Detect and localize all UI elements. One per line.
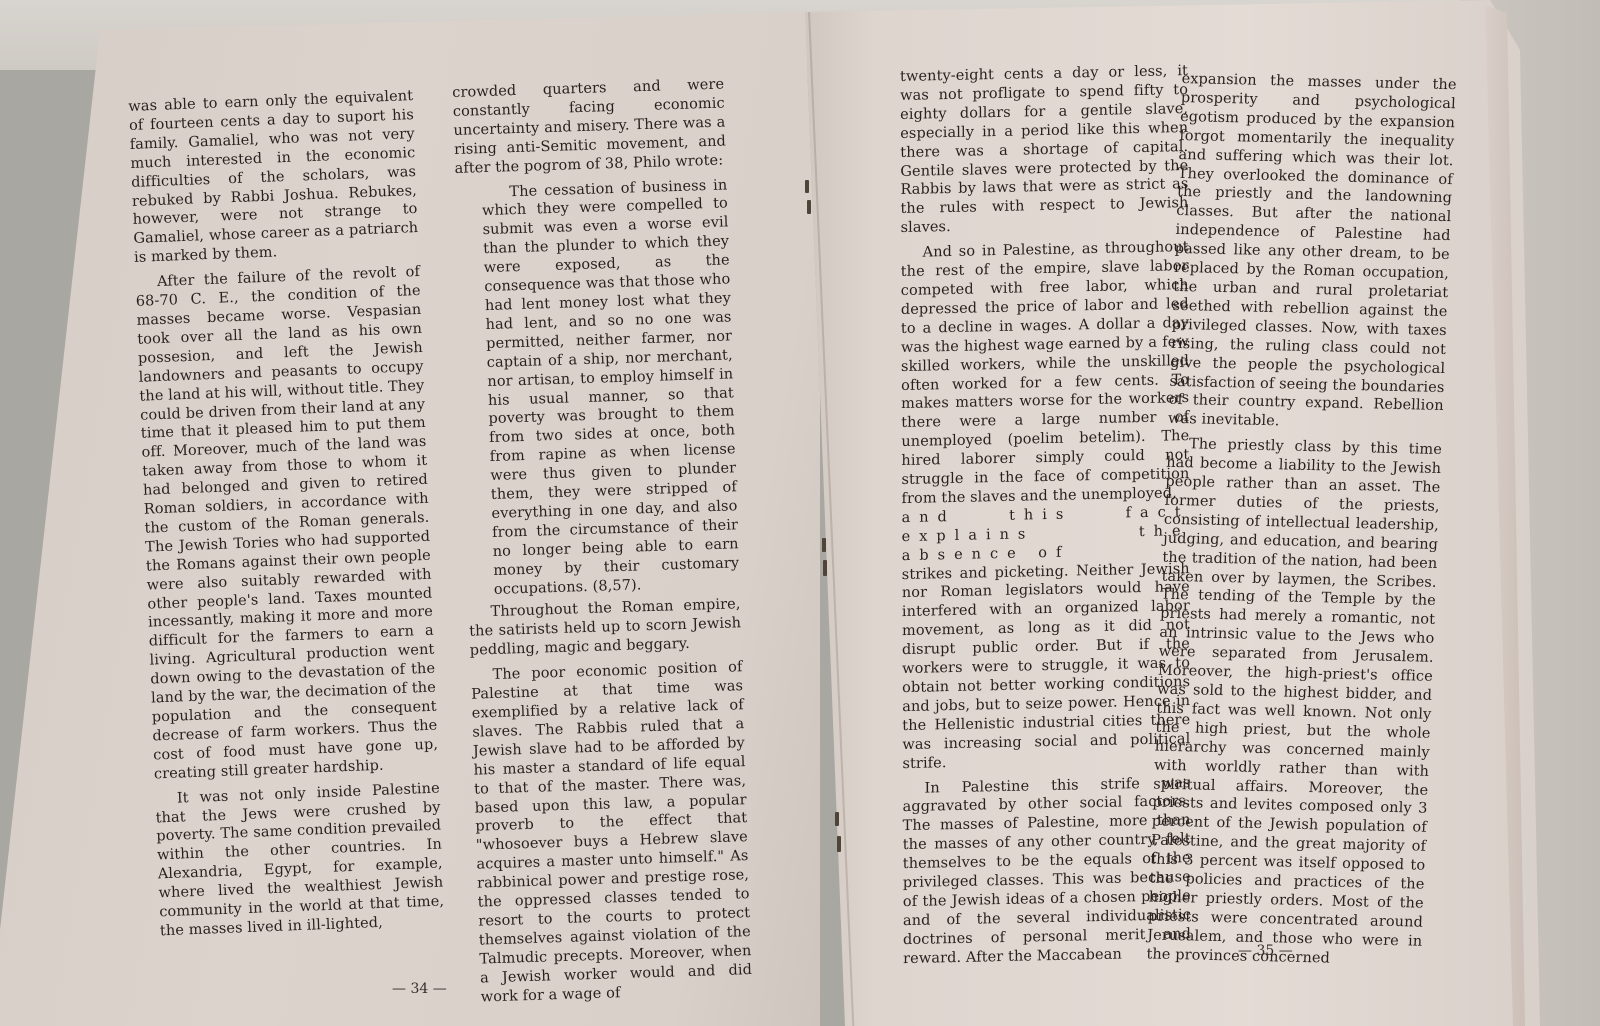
paragraph: strikes and picketing. Neither Jewish no…: [902, 560, 1191, 774]
page-35-column-1: twenty-eight cents a day or less, it was…: [900, 62, 1191, 975]
paragraph: The poor economic position of Palestine …: [470, 658, 753, 1007]
quote-text: The cessation of business in which they …: [481, 176, 740, 599]
page-number: — 35 —: [1238, 943, 1293, 959]
paragraph: It was not only inside Palestine that th…: [155, 779, 446, 941]
paragraph: twenty-eight cents a day or less, it was…: [900, 62, 1189, 238]
page-34-column-2: crowded quarters and were constantly fac…: [452, 75, 753, 1013]
paragraph: And so in Palestine, as throughout the r…: [901, 238, 1190, 509]
staple-icon: [835, 812, 839, 826]
staple-icon: [822, 538, 826, 552]
page-35-column-2: expansion the masses under the prosperit…: [1146, 70, 1457, 976]
paragraph: After the failure of the revolt of 68-70…: [135, 263, 439, 784]
staple-icon: [823, 560, 827, 576]
paragraph: Throughout the Roman empire, the satiris…: [468, 596, 742, 661]
letterspaced-line: and this fact explains the absence of: [902, 503, 1190, 566]
paragraph: The priestly class by this time had beco…: [1146, 435, 1442, 970]
paragraph: expansion the masses under the prosperit…: [1168, 70, 1457, 435]
page-number: — 34 —: [392, 981, 447, 997]
open-booklet: was able to earn only the equivalent of …: [0, 0, 1600, 1026]
staple-icon: [807, 200, 811, 214]
staple-icon: [805, 180, 809, 193]
staple-icon: [837, 836, 841, 852]
page-34-column-1: was able to earn only the equivalent of …: [128, 87, 445, 947]
paragraph: crowded quarters and were constantly fac…: [452, 75, 727, 178]
paragraph: was able to earn only the equivalent of …: [128, 87, 419, 268]
block-quote: The cessation of business in which they …: [481, 176, 740, 599]
